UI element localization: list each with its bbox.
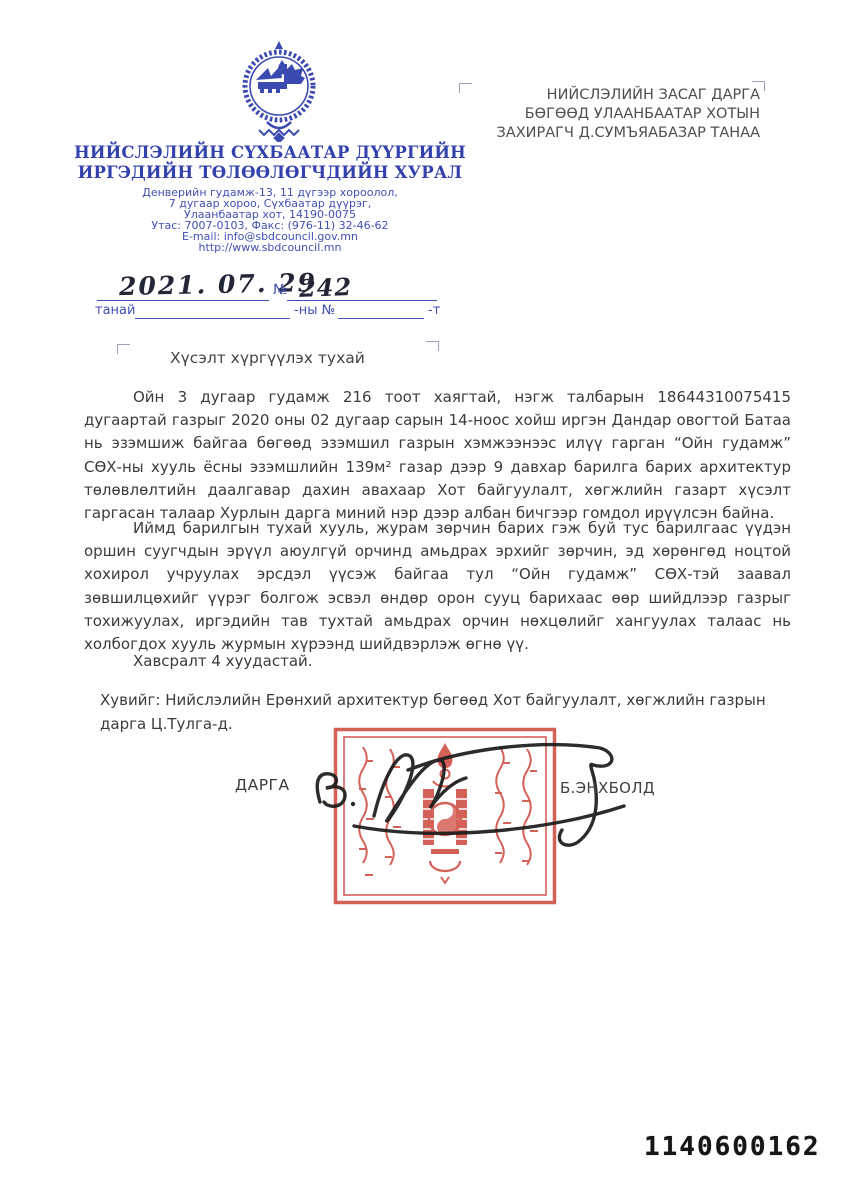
number-underline: [287, 299, 437, 301]
date-underline: [97, 299, 269, 301]
incoming-mid: -ны №: [294, 303, 335, 318]
corner-mark-subject-right: [426, 341, 439, 351]
body-paragraph-2: Иймд барилгын тухай хууль, журам зөрчин …: [84, 517, 791, 656]
subject-line: Хүсэлт хүргүүлэх тухай: [170, 349, 365, 367]
attachment-note: Хавсралт 4 хуудастай.: [133, 652, 313, 670]
incoming-underline-2: [338, 317, 424, 319]
number-sign: №: [273, 282, 288, 298]
org-name-line1: НИЙСЛЭЛИЙН СҮХБААТАР ДҮҮРГИЙН: [20, 143, 520, 163]
incoming-reference-line: танай -ны № -т: [95, 303, 455, 323]
body-paragraph-1: Ойн 3 дугаар гудамж 216 тоот хаягтай, нэ…: [84, 386, 791, 525]
org-name: НИЙСЛЭЛИЙН СҮХБААТАР ДҮҮРГИЙН ИРГЭДИЙН Т…: [20, 143, 520, 183]
incoming-suffix: -т: [428, 303, 440, 318]
recipient-line: НИЙСЛЭЛИЙН ЗАСАГ ДАРГА: [420, 86, 760, 105]
scanned-letter-page: НИЙСЛЭЛИЙН СҮХБААТАР ДҮҮРГИЙН ИРГЭДИЙН Т…: [0, 0, 849, 1200]
recipient-line: БӨГӨӨД УЛААНБААТАР ХОТЫН: [420, 105, 760, 124]
address-line: http://www.sbdcouncil.mn: [20, 242, 520, 253]
document-number-stamp: 1140600162: [644, 1132, 821, 1162]
recipient-block: НИЙСЛЭЛИЙН ЗАСАГ ДАРГА БӨГӨӨД УЛААНБААТА…: [420, 86, 760, 143]
sukhbaatar-district-crest-icon: [238, 40, 320, 142]
incoming-underline-1: [135, 317, 290, 319]
org-address: Денверийн гудамж-13, 11 дүгээр хороолол,…: [20, 187, 520, 253]
signer-title: ДАРГА: [235, 776, 290, 794]
signer-name: Б.ЭНХБОЛД: [560, 779, 655, 797]
recipient-line: ЗАХИРАГЧ Д.СУМЪЯАБАЗАР ТАНАА: [420, 124, 760, 143]
corner-mark-subject-left: [117, 344, 130, 354]
incoming-prefix: танай: [95, 303, 135, 318]
org-name-line2: ИРГЭДИЙН ТӨЛӨӨЛӨГЧДИЙН ХУРАЛ: [20, 163, 520, 183]
